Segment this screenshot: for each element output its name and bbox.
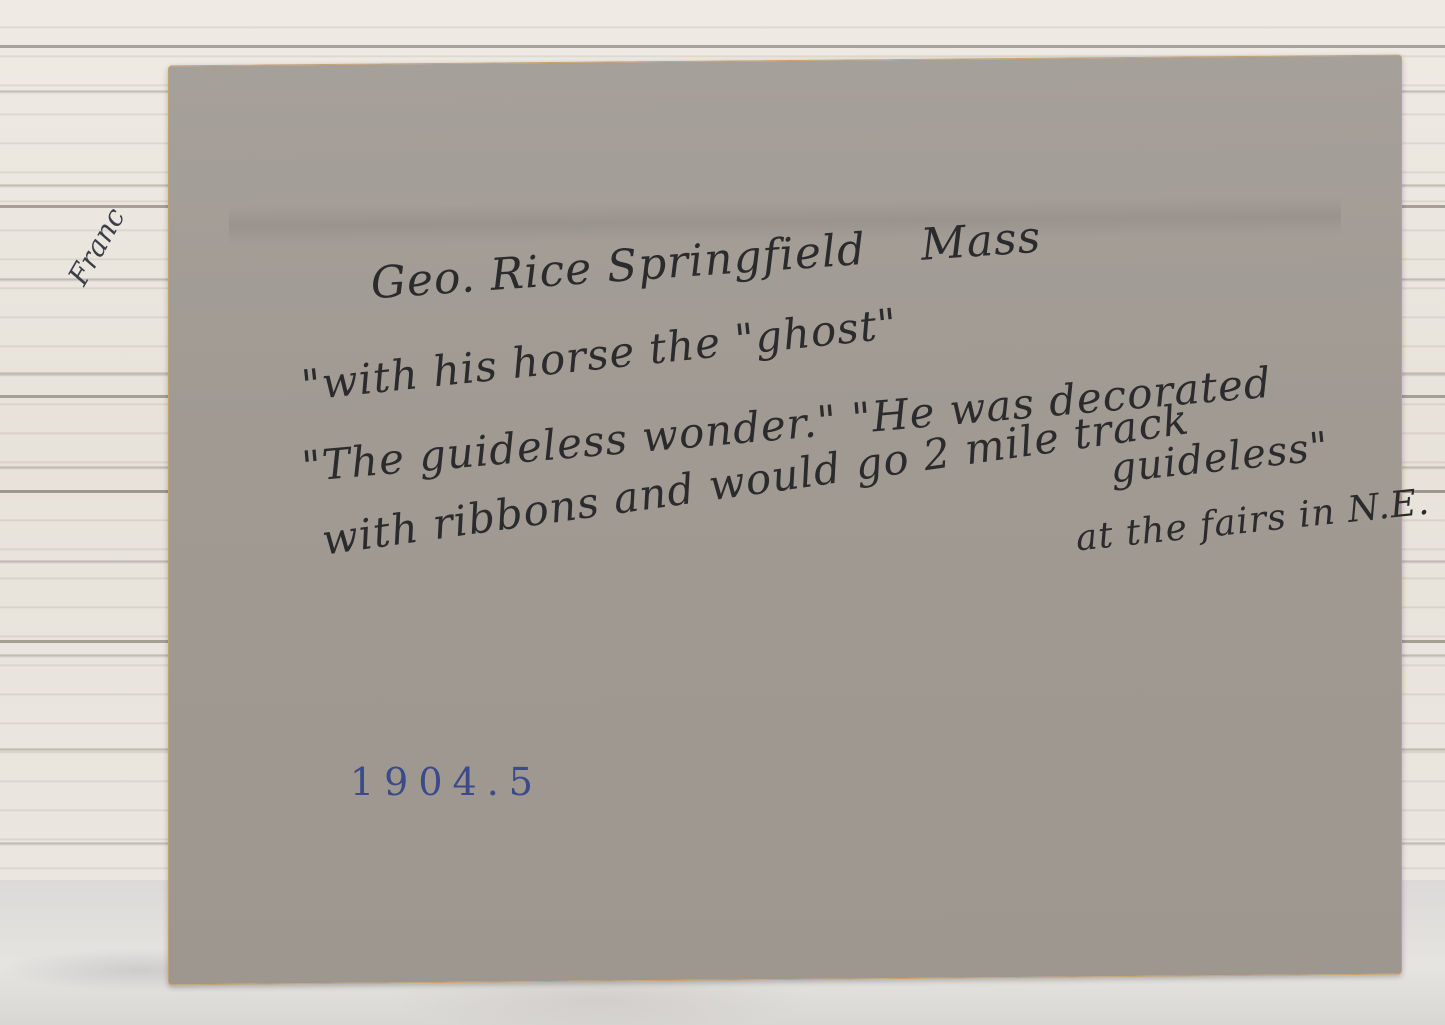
inscription-state: Mass: [919, 212, 1043, 271]
blue-ink-date-note: 1904.5: [350, 760, 543, 804]
plank-seam: [0, 45, 1445, 48]
wall-pencil-note: Franc: [62, 202, 132, 291]
